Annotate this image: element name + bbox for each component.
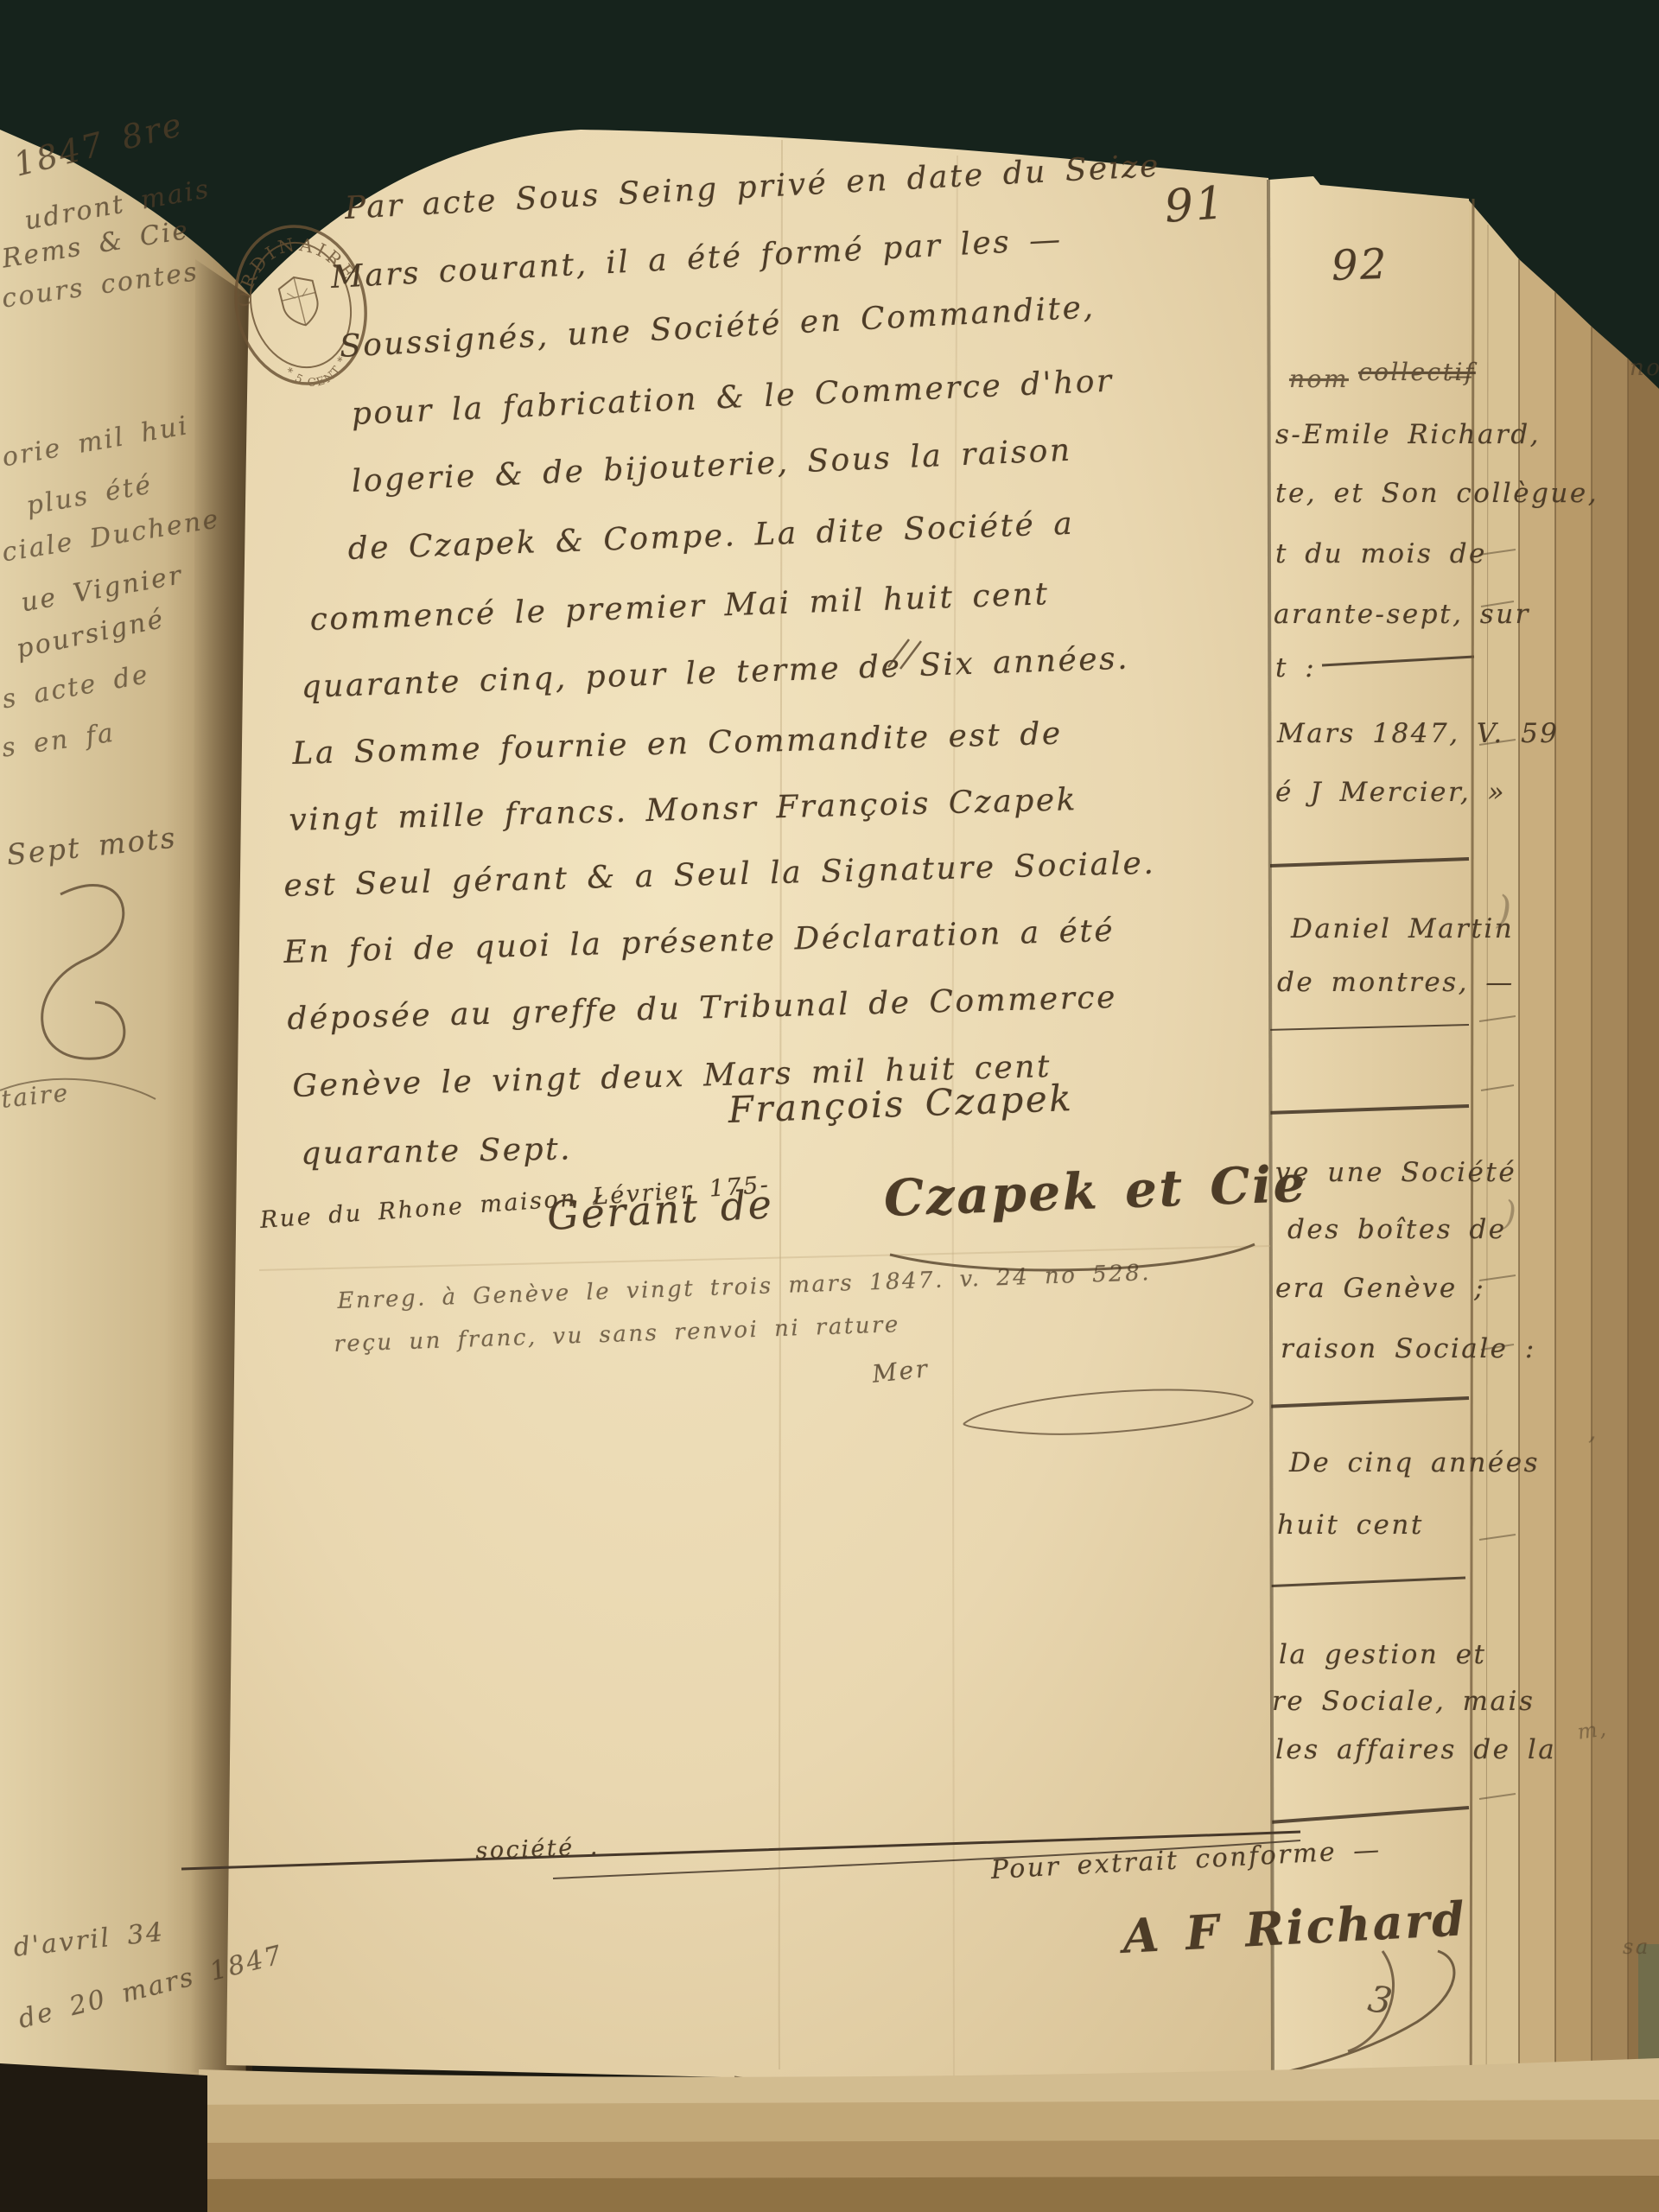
register-entry-fragment: raison Sociale : [1281,1334,1536,1363]
book-photo: ORDINAIRE * 5 CENT * 91Par acte Sous Sei… [0,0,1659,2212]
register-entry-fragment: t : [1275,653,1316,683]
register-entry-fragment: Daniel Martin [1291,914,1514,944]
handwritten-line: quarante Sept. [301,1133,572,1172]
handwritten-line: société . [475,1834,600,1865]
register-entry-fragment: t du mois de [1275,539,1487,569]
page-number-91: 91 [1163,179,1228,232]
page-edge-fragment: m, [1576,1717,1610,1744]
register-entry-fragment: des boîtes de [1287,1215,1507,1244]
page-number-92: 92 [1331,242,1389,289]
register-entry-fragment: huit cent [1277,1510,1424,1540]
register-entry-fragment: nom [1289,366,1349,393]
register-entry-fragment: re Sociale, mais [1272,1687,1535,1716]
page-edge-fragment: ) [1503,1196,1518,1232]
page-edge-fragment: sa [1623,1935,1650,1958]
register-entry-fragment: arante-sept, sur [1274,600,1530,629]
register-entry-fragment: de montres, — [1277,968,1515,997]
register-entry-fragment: é J Mercier, » [1275,778,1506,807]
clerk-initials: Mer [871,1356,931,1389]
register-entry-fragment: s-Emile Richard, [1275,420,1541,449]
register-entry-fragment: — [1448,363,1475,390]
register-entry-fragment: ve une Société [1275,1158,1516,1187]
stamp-crest [277,273,323,329]
bottom-page-edges [0,2058,1659,2212]
register-entry-fragment: De cinq années [1289,1448,1540,1478]
page-edge-fragment: no [1630,356,1659,381]
page-edge-fragment: , [1588,1417,1599,1446]
register-entry-fragment: Mars 1847, V. 59 [1277,719,1560,748]
register-entry-fragment: era Genève ; [1275,1274,1485,1303]
page-edge-fragment: ) [1497,890,1514,931]
register-entry-fragment: la gestion et [1279,1640,1487,1669]
register-entry-fragment: te, et Son collègue, [1275,479,1599,508]
register-entry-fragment: les affaires de la [1275,1735,1556,1764]
